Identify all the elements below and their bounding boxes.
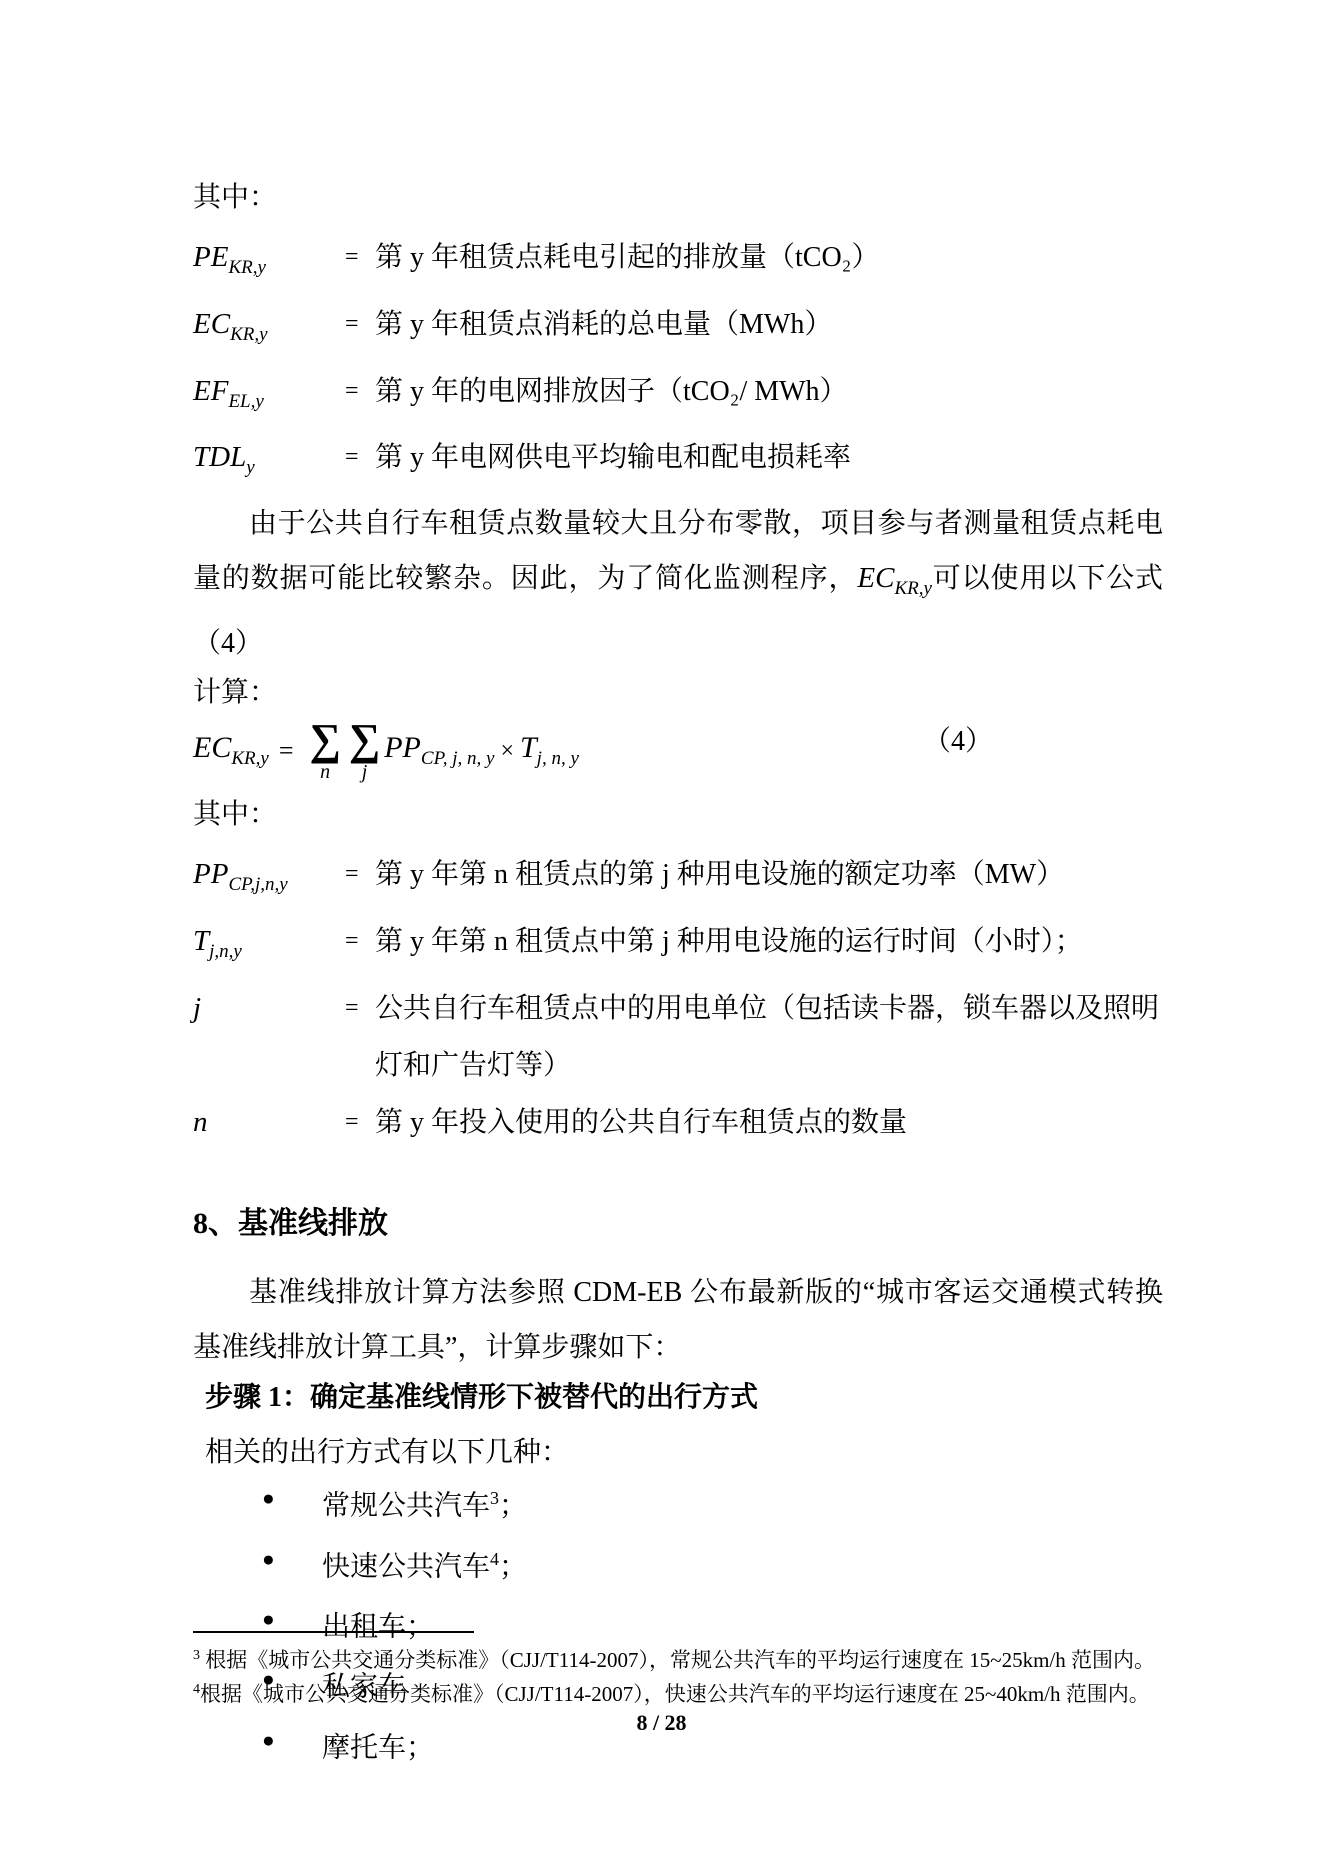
definition-text: 公共自行车租赁点中的用电单位（包括读卡器，锁车器以及照明灯和广告灯等） [375,980,1163,1094]
definition-text: 第 y 年租赁点消耗的总电量（MWh） [375,296,1163,363]
symbol-subscript: KR,y [894,578,931,599]
definition-row-n: n = 第 y 年投入使用的公共自行车租赁点的数量 [193,1094,1163,1161]
mode-punct: ； [499,1491,527,1522]
definition-text: 第 y 年投入使用的公共自行车租赁点的数量 [375,1094,1163,1161]
bullet-icon: ● [262,1533,322,1593]
definition-text: 第 y 年租赁点耗电引起的排放量（tCO₂） [375,229,1163,296]
symbol-subscript: KR,y [230,324,267,345]
list-item-label: 快速公共汽车4； [322,1533,527,1593]
page-number: 8 / 28 [0,1710,1323,1736]
formula-term-t: Tj, n, y [520,733,579,768]
footnote-text: 根据《城市公共交通分类标准》（CJJ/T114-2007），常规公共汽车的平均运… [200,1648,1155,1672]
symbol-subscript: y [246,457,254,478]
sum-index: j [362,762,368,782]
footnote-ref: 3 [490,1488,499,1508]
symbol-main: T [520,731,537,764]
mode-punct: ； [406,1732,434,1763]
definition-list-2: PPCP,j,n,y = 第 y 年第 n 租赁点的第 j 种用电设施的额定功率… [193,846,1163,1160]
definition-row-ef: EFEL,y = 第 y 年的电网排放因子（tCO₂/ MWh） [193,363,1163,430]
footnote-3: 3 根据《城市公共交通分类标准》（CJJ/T114-2007），常规公共汽车的平… [193,1641,1183,1675]
symbol-subscript: j,n,y [209,941,242,962]
footnote-number: 4 [193,1682,200,1697]
where-label-2: 其中： [193,787,1163,842]
bullet-icon: ● [262,1472,322,1532]
step-1-heading: 步骤 1：确定基准线情形下被替代的出行方式 [193,1370,1163,1425]
symbol-subscript: KR,y [228,257,265,278]
document-page: 其中： PEKR,y = 第 y 年租赁点耗电引起的排放量（tCO₂） ECKR… [0,0,1323,1871]
mode-text: 摩托车 [322,1732,406,1763]
equation-4: ECKR,y = ∑n ∑j PPCP, j, n, y × Tj, n, y … [193,715,1163,787]
list-item-brt: ●快速公共汽车4； [193,1533,1163,1593]
symbol-ef: EFEL,y [193,363,345,430]
summation-j: ∑j [349,720,380,782]
symbol-main: PE [193,241,228,273]
definition-row-t: Tj,n,y = 第 y 年第 n 租赁点中第 j 种用电设施的运行时间（小时）… [193,913,1163,980]
symbol-tdl: TDLy [193,429,345,496]
formula-lhs: ECKR,y [193,733,269,768]
multiply-sign: × [500,739,514,763]
definition-row-ec: ECKR,y = 第 y 年租赁点消耗的总电量（MWh） [193,296,1163,363]
symbol-main: n [193,1106,208,1138]
formula-term-pp: PPCP, j, n, y [384,733,494,768]
symbol-pp: PPCP,j,n,y [193,846,345,913]
equals-sign: = [345,429,375,496]
symbol-ec-inline: ECKR,y [857,562,932,594]
equals-sign: = [345,363,375,430]
definition-row-tdl: TDLy = 第 y 年电网供电平均输电和配电损耗率 [193,429,1163,496]
equals-sign: = [345,913,375,980]
definition-text: 第 y 年第 n 租赁点中第 j 种用电设施的运行时间（小时）； [375,913,1163,980]
sigma-icon: ∑ [309,720,340,760]
definition-row-pp: PPCP,j,n,y = 第 y 年第 n 租赁点的第 j 种用电设施的额定功率… [193,846,1163,913]
equals-sign: = [345,1094,375,1161]
baseline-paragraph: 基准线排放计算方法参照 CDM-EB 公布最新版的“城市客运交通模式转换基准线排… [193,1265,1163,1375]
symbol-subscript: j, n, y [537,748,579,769]
symbol-subscript: KR,y [231,748,268,769]
equation-number: （4） [923,719,993,759]
symbol-main: T [193,925,209,957]
symbol-main: PP [193,858,228,890]
definition-text: 第 y 年的电网排放因子（tCO₂/ MWh） [375,363,1163,430]
symbol-main: PP [384,731,421,764]
symbol-pe: PEKR,y [193,229,345,296]
mode-text: 出租车 [322,1611,406,1642]
equals-sign: = [345,980,375,1094]
symbol-j: j [193,980,345,1094]
definition-text: 第 y 年电网供电平均输电和配电损耗率 [375,429,1163,496]
equals-sign: = [345,229,375,296]
mode-text: 常规公共汽车 [322,1491,490,1522]
symbol-main: TDL [193,441,246,473]
symbol-n: n [193,1094,345,1161]
mode-punct: ； [499,1551,527,1582]
footnote-divider [193,1631,474,1633]
symbol-main: EC [193,731,231,764]
calc-label: 计算： [193,671,1163,715]
equals-sign: = [345,846,375,913]
symbol-main: EF [193,375,228,407]
symbol-subscript: CP, j, n, y [421,748,495,769]
sum-index: n [320,762,330,782]
mode-text: 快速公共汽车 [322,1551,490,1582]
intro-paragraph: 由于公共自行车租赁点数量较大且分布零散，项目参与者测量租赁点耗电量的数据可能比较… [193,496,1163,671]
footnote-number: 3 [193,1648,200,1663]
sigma-icon: ∑ [349,720,380,760]
where-label-1: 其中： [193,170,1163,225]
symbol-main: EC [857,562,894,594]
symbol-main: EC [193,308,230,340]
mode-punct: ； [406,1611,434,1642]
symbol-main: j [193,992,201,1024]
footnotes: 3 根据《城市公共交通分类标准》（CJJ/T114-2007），常规公共汽车的平… [193,1641,1183,1709]
list-item-bus: ●常规公共汽车3； [193,1472,1163,1532]
symbol-subscript: EL,y [228,390,263,411]
definition-row-j: j = 公共自行车租赁点中的用电单位（包括读卡器，锁车器以及照明灯和广告灯等） [193,980,1163,1094]
definition-list-1: PEKR,y = 第 y 年租赁点耗电引起的排放量（tCO₂） ECKR,y =… [193,229,1163,496]
equals-sign: = [279,738,294,764]
definition-row-pe: PEKR,y = 第 y 年租赁点耗电引起的排放量（tCO₂） [193,229,1163,296]
footnote-ref: 4 [490,1549,499,1569]
definition-text: 第 y 年第 n 租赁点的第 j 种用电设施的额定功率（MW） [375,846,1163,913]
document-content: 其中： PEKR,y = 第 y 年租赁点耗电引起的排放量（tCO₂） ECKR… [0,0,1323,1774]
symbol-t: Tj,n,y [193,913,345,980]
symbol-subscript: CP,j,n,y [228,874,287,895]
symbol-ec: ECKR,y [193,296,345,363]
equals-sign: = [345,296,375,363]
summation-n: ∑n [309,720,340,782]
footnote-4: 4根据《城市公共交通分类标准》（CJJ/T114-2007），快速公共汽车的平均… [193,1675,1183,1709]
footnote-text: 根据《城市公共交通分类标准》（CJJ/T114-2007），快速公共汽车的平均运… [200,1682,1150,1706]
section-heading-baseline-emissions: 8、基准线排放 [193,1201,1163,1246]
list-item-label: 常规公共汽车3； [322,1472,527,1532]
